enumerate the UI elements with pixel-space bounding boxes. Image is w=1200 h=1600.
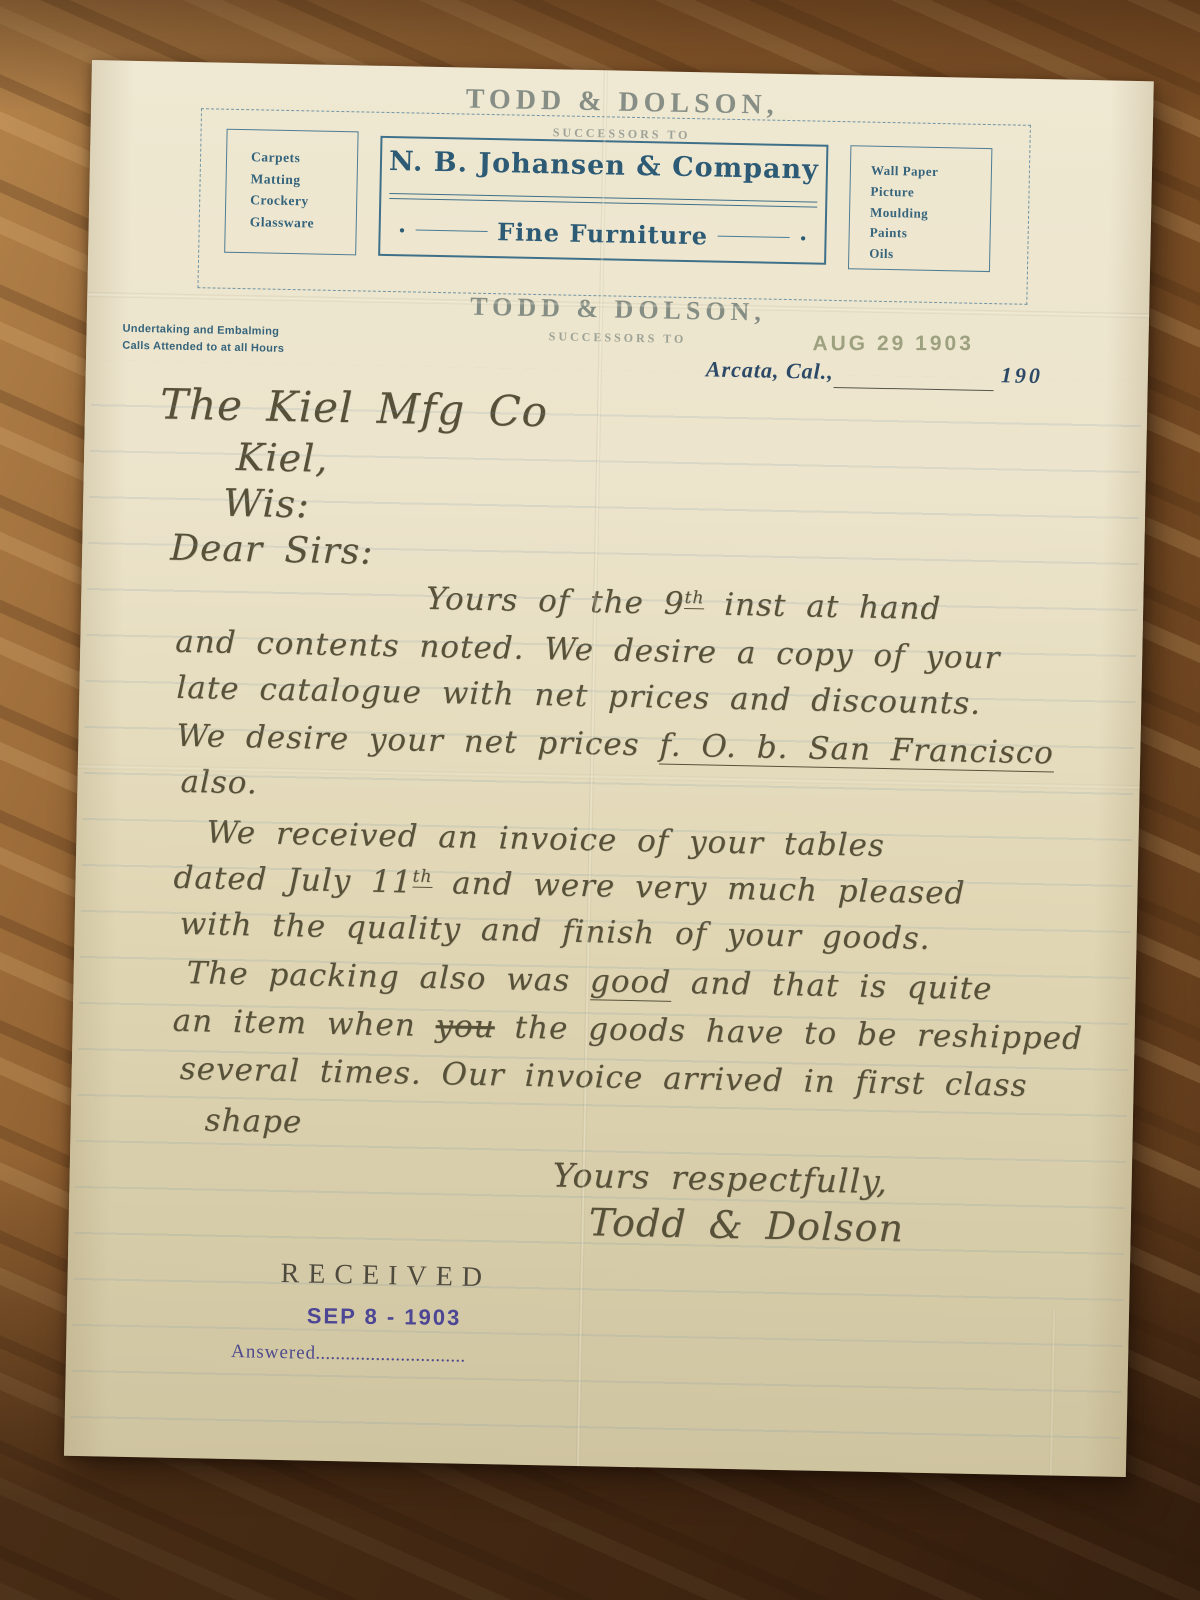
body-text: Yours of the 9 <box>426 581 685 622</box>
body-line: dated July 11th and were very much pleas… <box>173 860 966 912</box>
right-box-line: Picture <box>870 181 990 204</box>
underlined-text: f. O. b. San Francisco <box>659 728 1054 773</box>
corner-crease <box>1049 1310 1056 1476</box>
dash-rule <box>415 230 487 232</box>
body-line: We received an invoice of your tables <box>206 814 885 864</box>
bullet-icon: • <box>800 229 807 247</box>
body-text: and were very much pleased <box>432 865 966 912</box>
signature: Todd & Dolson <box>588 1200 904 1250</box>
recipient-city: Kiel, <box>236 435 329 481</box>
body-line: We desire your net prices f. O. b. San F… <box>176 718 1054 772</box>
double-rule <box>389 193 817 208</box>
left-box-line: Matting <box>250 168 356 192</box>
right-box-line: Paints <box>869 223 989 246</box>
body-text: The packing also was <box>186 955 590 999</box>
year-label: 190 <box>1001 362 1044 389</box>
place-label: Arcata, Cal., <box>706 356 834 385</box>
left-box-line: Carpets <box>251 146 357 170</box>
body-line: with the quality and finish of your good… <box>179 906 931 957</box>
closing: Yours respectfully, <box>552 1155 888 1201</box>
letterhead-center-box: N. B. Johansen & Company • Fine Furnitur… <box>378 136 828 265</box>
struck-text: you <box>435 1008 495 1045</box>
right-box-line: Moulding <box>870 202 990 225</box>
body-line: several times. Our invoice arrived in fi… <box>179 1051 1027 1104</box>
services-line: Calls Attended to at all Hours <box>122 338 284 358</box>
tagline-row: • Fine Furniture • <box>386 215 818 253</box>
company-name: N. B. Johansen & Company <box>388 146 821 186</box>
answered-dots: .............................. <box>316 1348 466 1366</box>
underlined-text: good <box>590 963 672 1002</box>
body-line: also. <box>180 764 258 802</box>
salutation: Dear Sirs: <box>170 528 374 573</box>
body-line: The packing also was good and that is qu… <box>186 955 992 1007</box>
recipient-name: The Kiel Mfg Co <box>160 379 549 436</box>
ordinal-suffix: th <box>412 866 432 887</box>
received-stamp: RECEIVED <box>280 1258 491 1294</box>
left-box-line: Glassware <box>250 211 356 235</box>
answered-label: Answered <box>231 1341 316 1364</box>
received-date-stamp: SEP 8 - 1903 <box>307 1303 462 1331</box>
body-text: inst at hand <box>704 586 942 627</box>
letter-document: TODD & DOLSON, SUCCESSORS TO Carpets Mat… <box>64 60 1154 1477</box>
letterhead-left-box: Carpets Matting Crockery Glassware <box>224 129 358 256</box>
body-line: and contents noted. We desire a copy of … <box>175 624 1001 677</box>
body-line: Yours of the 9th inst at hand <box>426 581 942 627</box>
recipient-state: Wis: <box>223 481 311 527</box>
body-text: the goods have to be reshipped <box>494 1009 1083 1057</box>
tagline: Fine Furniture <box>497 217 709 250</box>
bullet-icon: • <box>399 221 406 239</box>
right-box-line: Oils <box>869 244 989 267</box>
answered-line: Answered.............................. <box>231 1341 466 1368</box>
letterhead-right-box: Wall Paper Picture Moulding Paints Oils <box>848 145 992 272</box>
body-line: shape <box>204 1102 302 1140</box>
body-line: an item when you the goods have to be re… <box>172 1003 1083 1057</box>
date-stamp: AUG 29 1903 <box>812 332 973 356</box>
ordinal-suffix: th <box>684 588 704 609</box>
right-box-line: Wall Paper <box>871 161 991 184</box>
body-text: dated July 11 <box>173 860 413 901</box>
body-text: an item when <box>172 1003 436 1044</box>
body-text: and that is quite <box>671 965 993 1007</box>
body-text: We desire your net prices <box>176 718 660 764</box>
date-rule <box>834 387 994 391</box>
body-line: late catalogue with net prices and disco… <box>176 670 981 722</box>
left-box-line: Crockery <box>250 189 356 213</box>
dash-rule <box>718 236 790 238</box>
services-note: Undertaking and Embalming Calls Attended… <box>122 321 285 358</box>
wood-floor-background: { "letterhead": { "ghost_company": "TODD… <box>0 0 1200 1600</box>
